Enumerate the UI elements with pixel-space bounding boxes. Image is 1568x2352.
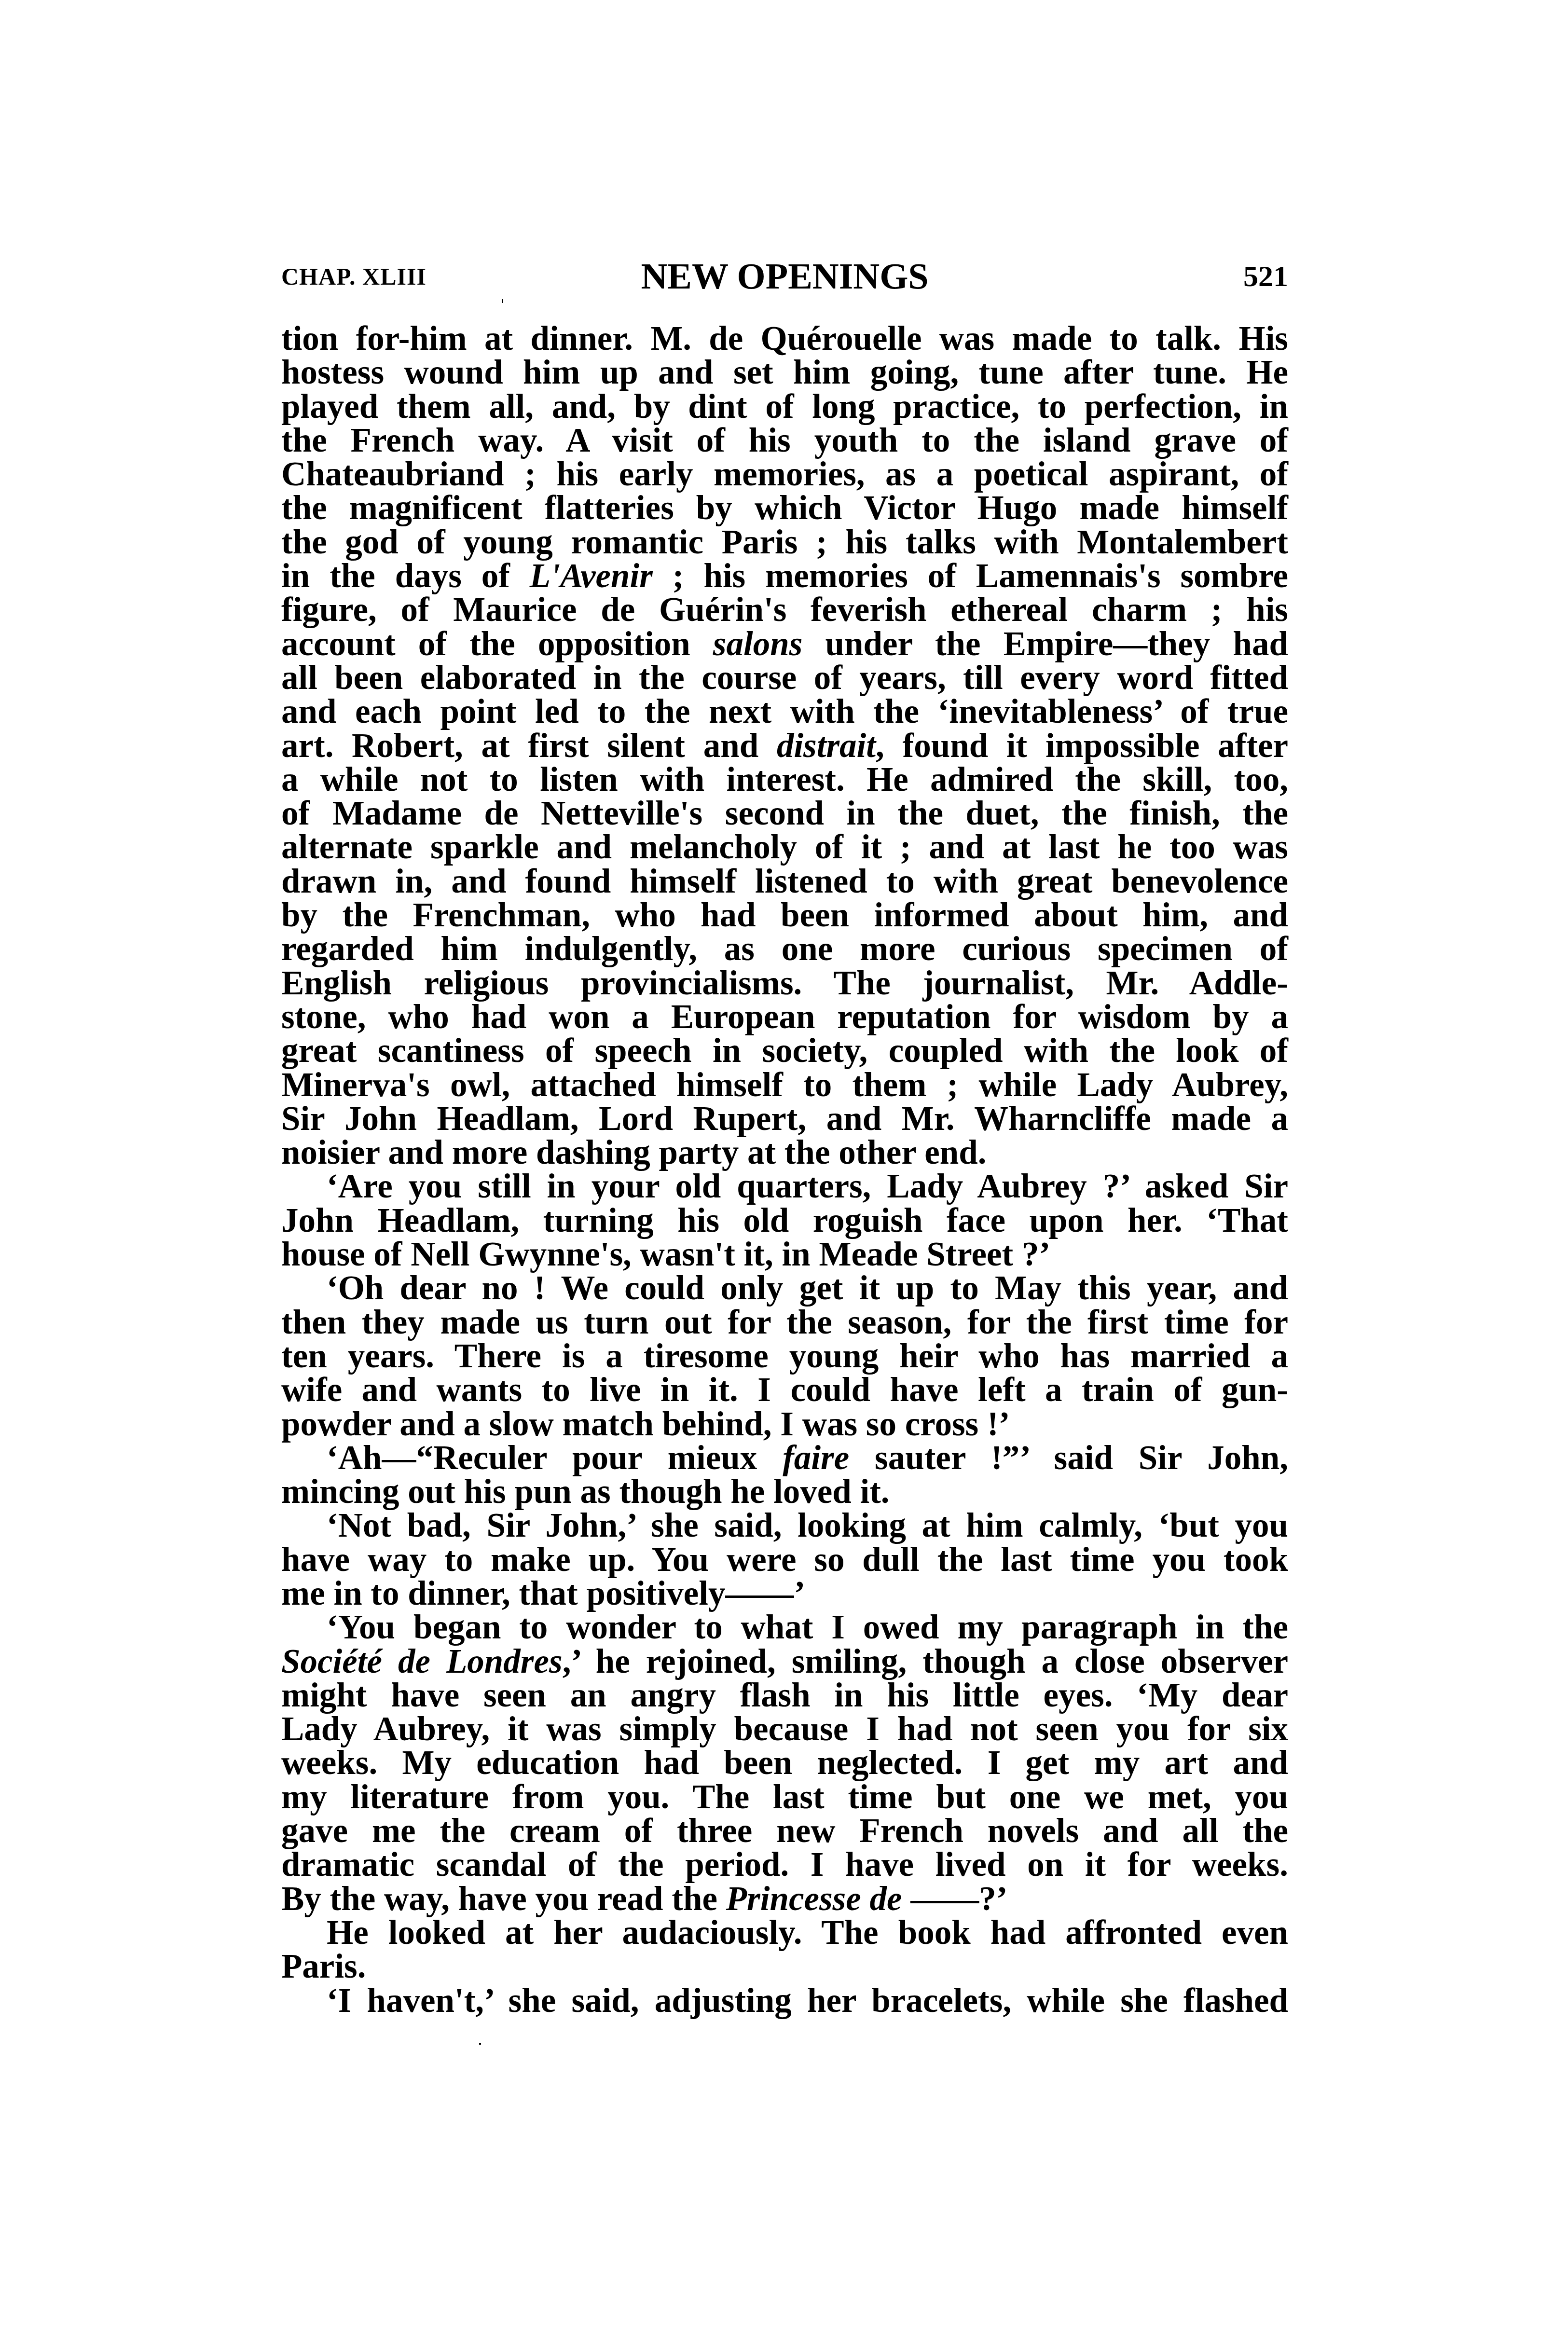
text-run: English religious provincialisms. The jo… [281,964,1288,1002]
text-run: mincing out his pun as though he loved i… [281,1473,890,1511]
text-line: stone, who had won a European reputation… [281,1000,1288,1034]
text-line: figure, of Maurice de Guérin's feverish … [281,593,1288,627]
text-run: noisier and more dashing party at the ot… [281,1134,987,1171]
text-line: and each point led to the next with the … [281,695,1288,729]
text-line: regarded him indulgently, as one more cu… [281,932,1288,966]
text-line: then they made us turn out for the seaso… [281,1306,1288,1339]
text-line: Paris. [281,1950,1288,1983]
text-line: Lady Aubrey, it was simply because I had… [281,1712,1288,1746]
text-line: drawn in, and found himself listened to … [281,865,1288,898]
text-run: great scantiness of speech in society, c… [281,1032,1288,1070]
text-line: art. Robert, at first silent and distrai… [281,729,1288,763]
text-run: ‘Ah—“Reculer pour mieux [327,1439,783,1477]
running-head: CHAP. XLIII NEW OPENINGS 521 [281,256,1288,294]
text-run: house of Nell Gwynne's, wasn't it, in Me… [281,1236,1050,1273]
text-run: regarded him indulgently, as one more cu… [281,930,1288,968]
text-run: ‘Are you still in your old quarters, Lad… [327,1168,1288,1205]
text-line: me in to dinner, that positively——’ [281,1577,1288,1610]
text-run: He looked at her audaciously. The book h… [327,1914,1288,1952]
text-line: Minerva's owl, attached himself to them … [281,1068,1288,1102]
text-line: might have seen an angry flash in his li… [281,1678,1288,1712]
print-speck [479,2043,481,2045]
text-line: of Madame de Netteville's second in the … [281,797,1288,830]
text-run: ten years. There is a tiresome young hei… [281,1337,1288,1375]
body-text: tion for-him at dinner. M. de Quérouelle… [281,322,1288,2018]
text-line: ‘I haven't,’ she said, adjusting her bra… [281,1984,1288,2018]
text-line: He looked at her audaciously. The book h… [281,1916,1288,1950]
text-line: Sir John Headlam, Lord Rupert, and Mr. W… [281,1102,1288,1136]
text-line: wife and wants to live in it. I could ha… [281,1373,1288,1407]
text-line: English religious provincialisms. The jo… [281,966,1288,1000]
text-run: ——?’ [902,1880,1008,1918]
text-run: weeks. My education had been neglected. … [281,1744,1288,1782]
text-run: By the way, have you read the [281,1880,726,1918]
text-run: stone, who had won a European reputation… [281,998,1288,1036]
text-line: ‘Not bad, Sir John,’ she said, looking a… [281,1509,1288,1542]
text-run: by the Frenchman, who had been informed … [281,896,1288,934]
text-run: ‘Oh dear no ! We could only get it up to… [327,1269,1288,1307]
text-run: the French way. A visit of his youth to … [281,422,1288,459]
italic-text: salons [713,625,802,663]
text-run: all been elaborated in the course of yea… [281,659,1288,697]
text-line: the magnificent flatteries by which Vict… [281,491,1288,525]
text-run: sauter !”’ said Sir John, [849,1439,1288,1477]
text-run: drawn in, and found himself listened to … [281,863,1288,900]
text-run: ‘I haven't,’ she said, adjusting her bra… [327,1982,1288,2020]
text-run: Paris. [281,1948,366,1985]
text-run: the magnificent flatteries by which Vict… [281,489,1288,527]
text-run: alternate sparkle and melancholy of it ;… [281,828,1288,866]
text-line: the French way. A visit of his youth to … [281,424,1288,457]
text-run: ‘You began to wonder to what I owed my p… [327,1609,1288,1646]
text-run: powder and a slow match behind, I was so… [281,1405,1010,1443]
text-run: ,’ he rejoined, smiling, though a close … [563,1643,1288,1680]
text-run: Chateaubriand ; his early memories, as a… [281,455,1288,493]
text-run: hostess wound him up and set him going, … [281,354,1288,391]
text-run: under the Empire—they had [802,625,1288,663]
text-line: dramatic scandal of the period. I have l… [281,1848,1288,1882]
text-line: by the Frenchman, who had been informed … [281,898,1288,932]
text-run: me in to dinner, that positively——’ [281,1575,805,1612]
chapter-title: NEW OPENINGS [281,256,1288,298]
text-run: then they made us turn out for the seaso… [281,1304,1288,1341]
text-run: the god of young romantic Paris ; his ta… [281,523,1288,561]
text-run: Lady Aubrey, it was simply because I had… [281,1710,1288,1748]
text-run: Sir John Headlam, Lord Rupert, and Mr. W… [281,1100,1288,1138]
text-line: my literature from you. The last time bu… [281,1780,1288,1814]
text-line: tion for-him at dinner. M. de Quérouelle… [281,322,1288,356]
text-line: account of the opposition salons under t… [281,627,1288,661]
text-line: John Headlam, turning his old roguish fa… [281,1204,1288,1238]
text-line: weeks. My education had been neglected. … [281,1746,1288,1780]
text-line: ten years. There is a tiresome young hei… [281,1339,1288,1373]
text-run: figure, of Maurice de Guérin's feverish … [281,591,1288,629]
text-run: ; his memories of Lamennais's sombre [653,557,1288,595]
text-line: in the days of L'Avenir ; his memories o… [281,559,1288,593]
text-line: ‘You began to wonder to what I owed my p… [281,1610,1288,1644]
text-run: a while not to listen with interest. He … [281,761,1288,798]
text-line: ‘Oh dear no ! We could only get it up to… [281,1271,1288,1305]
book-page: CHAP. XLIII NEW OPENINGS 521 tion for-hi… [0,0,1568,2352]
text-run: dramatic scandal of the period. I have l… [281,1846,1288,1884]
page-number: 521 [1243,260,1288,294]
text-line: mincing out his pun as though he loved i… [281,1475,1288,1509]
text-line: Chateaubriand ; his early memories, as a… [281,457,1288,491]
text-line: noisier and more dashing party at the ot… [281,1136,1288,1169]
text-line: gave me the cream of three new French no… [281,1814,1288,1848]
text-line: powder and a slow match behind, I was so… [281,1407,1288,1441]
text-run: wife and wants to live in it. I could ha… [281,1371,1288,1409]
text-line: Société de Londres,’ he rejoined, smilin… [281,1645,1288,1678]
text-line: house of Nell Gwynne's, wasn't it, in Me… [281,1238,1288,1271]
text-run: and each point led to the next with the … [281,693,1288,730]
italic-text: faire [783,1439,849,1477]
text-run: of Madame de Netteville's second in the … [281,795,1288,832]
italic-text: distrait [777,727,876,765]
text-run: might have seen an angry flash in his li… [281,1677,1288,1714]
text-line: alternate sparkle and melancholy of it ;… [281,830,1288,864]
text-line: great scantiness of speech in society, c… [281,1034,1288,1068]
italic-text: Société de Londres [281,1643,563,1680]
text-line: the god of young romantic Paris ; his ta… [281,525,1288,559]
text-run: , found it impossible after [876,727,1288,765]
text-run: have way to make up. You were so dull th… [281,1541,1288,1579]
text-run: account of the opposition [281,625,713,663]
text-run: tion for-him at dinner. M. de Quérouelle… [281,320,1288,358]
text-line: ‘Are you still in your old quarters, Lad… [281,1169,1288,1203]
text-run: my literature from you. The last time bu… [281,1778,1288,1816]
text-line: have way to make up. You were so dull th… [281,1543,1288,1577]
text-run: John Headlam, turning his old roguish fa… [281,1202,1288,1239]
print-speck [502,299,503,303]
text-run: art. Robert, at first silent and [281,727,777,765]
text-run: gave me the cream of three new French no… [281,1812,1288,1850]
text-line: all been elaborated in the course of yea… [281,661,1288,695]
italic-text: L'Avenir [530,557,653,595]
text-run: played them all, and, by dint of long pr… [281,388,1288,426]
text-line: hostess wound him up and set him going, … [281,356,1288,389]
text-line: played them all, and, by dint of long pr… [281,390,1288,424]
text-run: in the days of [281,557,530,595]
text-line: By the way, have you read the Princesse … [281,1882,1288,1916]
italic-text: Princesse de [726,1880,902,1918]
text-line: a while not to listen with interest. He … [281,763,1288,797]
text-run: ‘Not bad, Sir John,’ she said, looking a… [327,1507,1288,1544]
text-line: ‘Ah—“Reculer pour mieux faire sauter !”’… [281,1441,1288,1475]
text-run: Minerva's owl, attached himself to them … [281,1066,1288,1104]
